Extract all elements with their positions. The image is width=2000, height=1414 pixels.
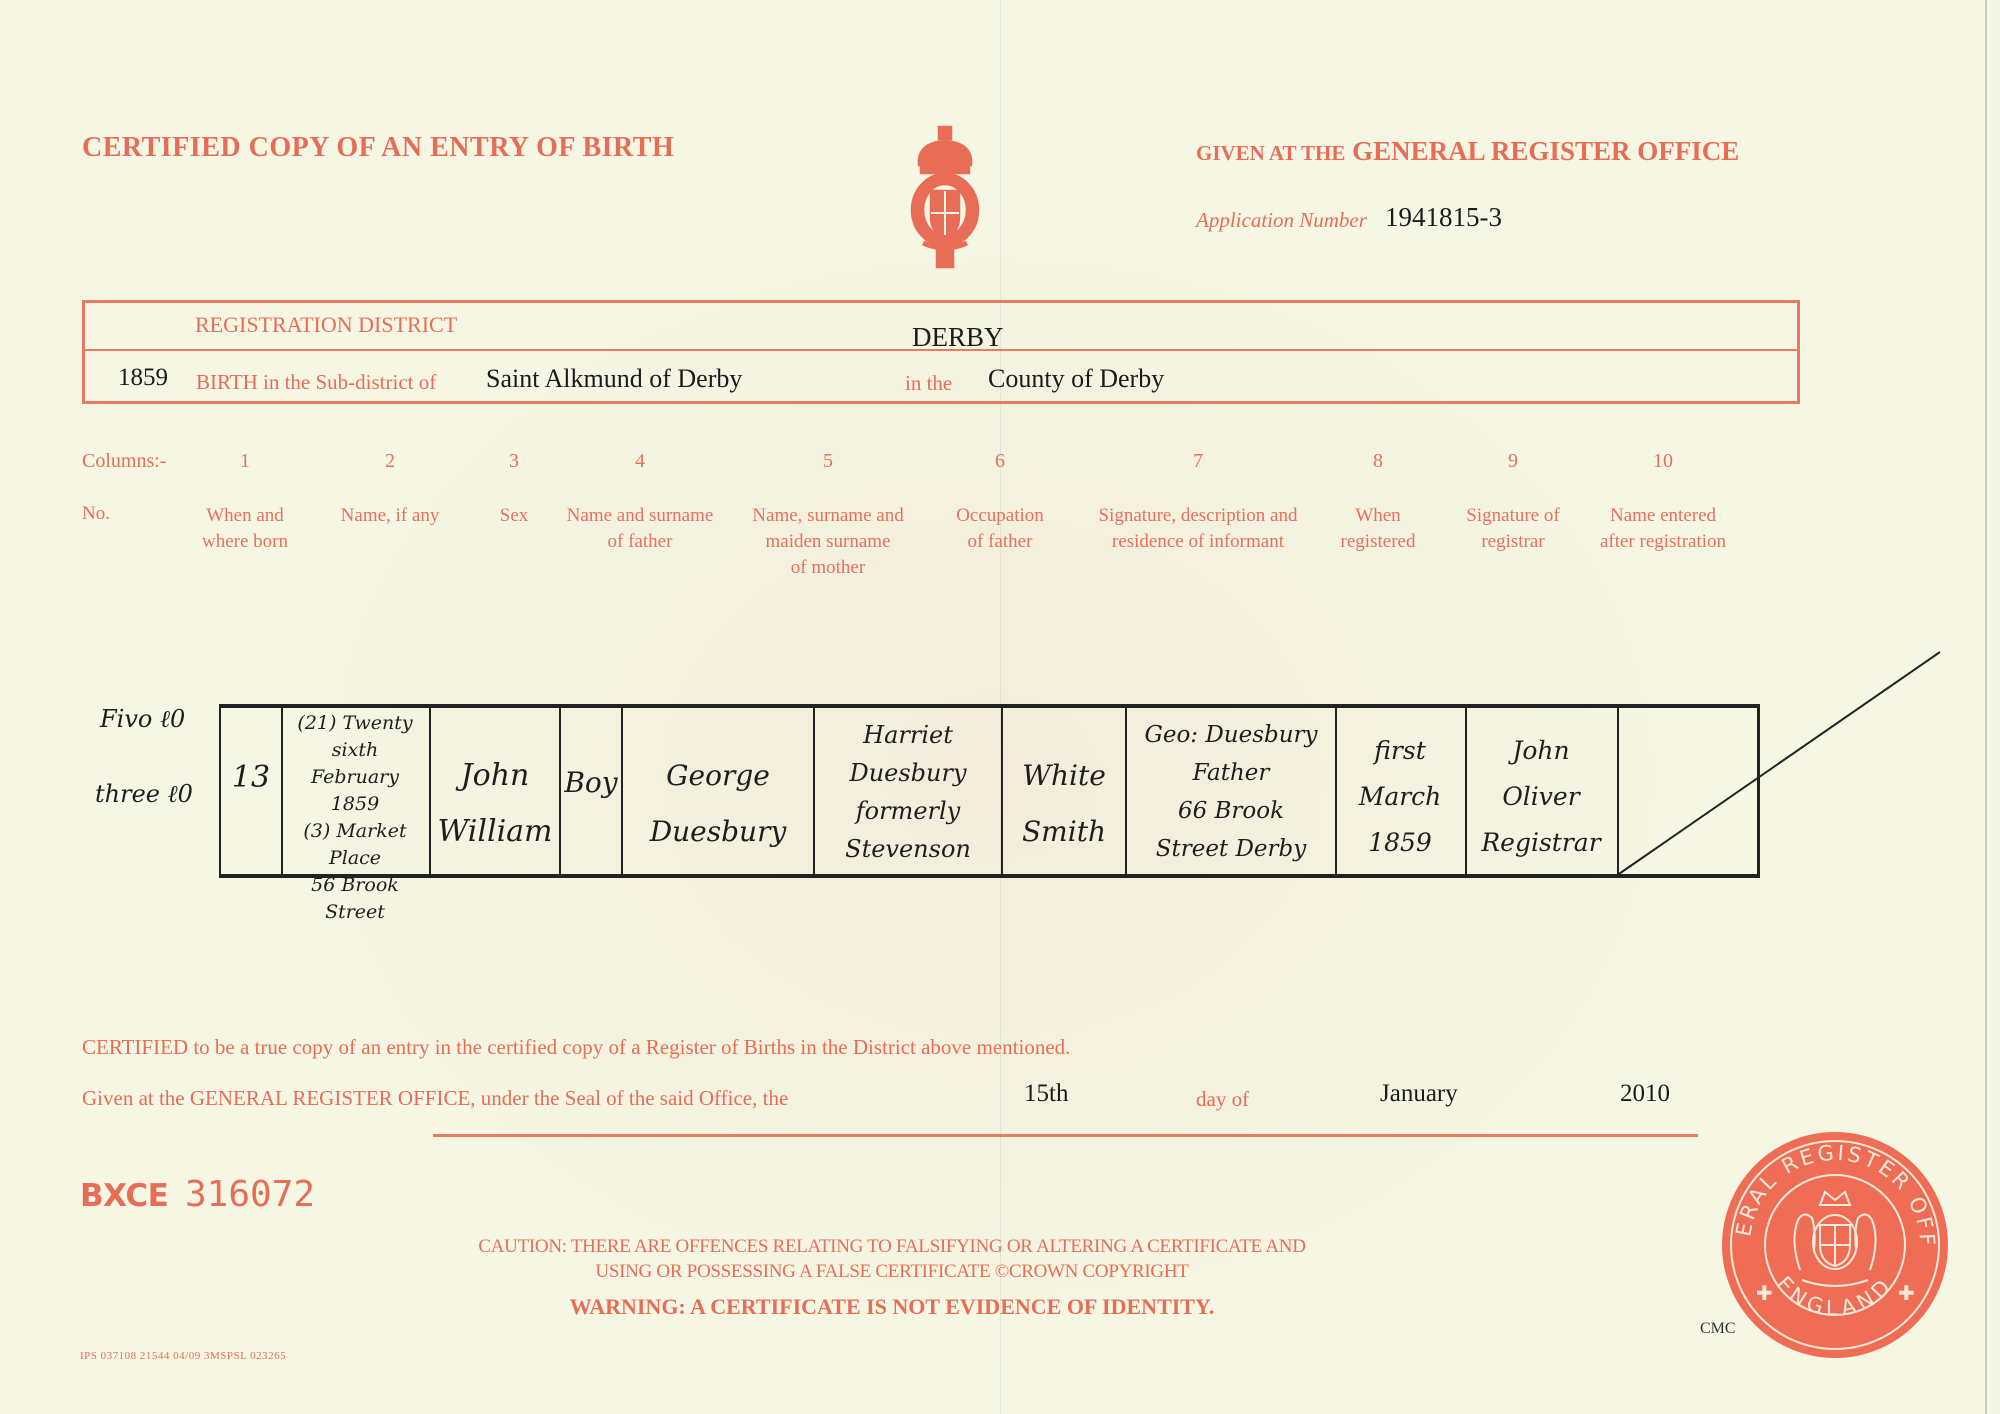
- sub-district-label: BIRTH in the Sub-district of: [196, 370, 436, 395]
- certificate-title: CERTIFIED COPY OF AN ENTRY OF BIRTH: [82, 132, 674, 164]
- certification-month: January: [1380, 1080, 1458, 1108]
- certified-statement: CERTIFIED to be a true copy of an entry …: [82, 1035, 1070, 1060]
- given-at-statement: Given at the GENERAL REGISTER OFFICE, un…: [82, 1086, 788, 1111]
- entry-when-registered: first March 1859: [1337, 728, 1463, 866]
- no-column-label: No.: [82, 503, 110, 525]
- column-divider: [1617, 708, 1619, 874]
- signature-line: [433, 1134, 1698, 1137]
- column-number-6: 6: [995, 450, 1005, 473]
- day-of-label: day of: [1196, 1087, 1249, 1112]
- given-at-office-heading: GIVEN AT THE GENERAL REGISTER OFFICE: [1196, 136, 1739, 167]
- column-label-2: Name, if any: [341, 503, 440, 529]
- columns-prefix: Columns:-: [82, 450, 166, 473]
- column-label-3: Sex: [500, 503, 529, 529]
- entry-when-where-born: (21) Twenty sixth February 1859 (3) Mark…: [283, 710, 427, 926]
- registration-district-label: REGISTRATION DISTRICT: [195, 312, 457, 338]
- caution-notice: CAUTION: THERE ARE OFFENCES RELATING TO …: [450, 1234, 1334, 1284]
- margin-note-1: Fivo ℓ0: [100, 705, 185, 734]
- column-number-5: 5: [823, 450, 833, 473]
- royal-coat-of-arms-icon: GENERAL REGISTER OFFICE ENGLAND ✚ ✚: [1720, 1130, 1950, 1360]
- entry-number: 13: [226, 763, 276, 793]
- column-number-7: 7: [1193, 450, 1203, 473]
- identity-warning: WARNING: A CERTIFICATE IS NOT EVIDENCE O…: [450, 1294, 1334, 1320]
- certification-year: 2010: [1620, 1080, 1670, 1108]
- entry-father: George Duesbury: [623, 748, 813, 860]
- column-number-3: 3: [509, 450, 519, 473]
- column-label-5: Name, surname and maiden surname of moth…: [752, 503, 903, 581]
- column-number-1: 1: [240, 450, 250, 473]
- svg-text:✚: ✚: [1898, 1281, 1915, 1305]
- register-entry-table: 13 (21) Twenty sixth February 1859 (3) M…: [219, 704, 1760, 878]
- entry-child-name: John William: [431, 748, 559, 860]
- column-number-9: 9: [1508, 450, 1518, 473]
- application-number: 1941815-3: [1385, 202, 1502, 233]
- column-label-6: Occupation of father: [956, 503, 1044, 555]
- column-label-1: When and where born: [202, 503, 288, 555]
- given-at-prefix: GIVEN AT THE: [1196, 141, 1345, 165]
- margin-note-2: three ℓ0: [95, 780, 193, 809]
- svg-text:✚: ✚: [1756, 1281, 1773, 1305]
- serial-prefix: BXCE: [80, 1178, 168, 1214]
- county-value: County of Derby: [988, 364, 1164, 394]
- entry-occupation: White Smith: [1003, 748, 1125, 860]
- entry-mother: Harriet Duesbury formerly Stevenson: [815, 716, 1001, 868]
- column-number-10: 10: [1653, 450, 1673, 473]
- serial-number: 316072: [185, 1174, 315, 1215]
- column-label-7: Signature, description and residence of …: [1099, 503, 1298, 555]
- certification-day: 15th: [1024, 1080, 1068, 1108]
- column-label-10: Name entered after registration: [1600, 503, 1726, 555]
- royal-crest-icon: [905, 125, 985, 270]
- birth-year: 1859: [118, 364, 168, 392]
- column-label-8: When registered: [1341, 503, 1416, 555]
- column-number-8: 8: [1373, 450, 1383, 473]
- column-number-2: 2: [385, 450, 395, 473]
- registration-district-value: DERBY: [912, 322, 1004, 353]
- column-label-9: Signature of registrar: [1466, 503, 1559, 555]
- entry-informant: Geo: Duesbury Father 66 Brook Street Der…: [1127, 716, 1335, 868]
- column-number-4: 4: [635, 450, 645, 473]
- certificate-page: CERTIFIED COPY OF AN ENTRY OF BIRTH GIVE…: [0, 0, 1987, 1414]
- in-the-label: in the: [905, 371, 952, 396]
- column-label-4: Name and surname of father: [567, 503, 714, 555]
- application-number-label: Application Number: [1196, 208, 1367, 233]
- entry-registrar: John Oliver Registrar: [1467, 728, 1615, 866]
- print-code: IPS 037108 21544 04/09 3MSPSL 023265: [80, 1350, 286, 1362]
- entry-sex: Boy: [561, 768, 621, 798]
- office-name: GENERAL REGISTER OFFICE: [1352, 136, 1739, 166]
- sub-district-value: Saint Alkmund of Derby: [486, 364, 742, 394]
